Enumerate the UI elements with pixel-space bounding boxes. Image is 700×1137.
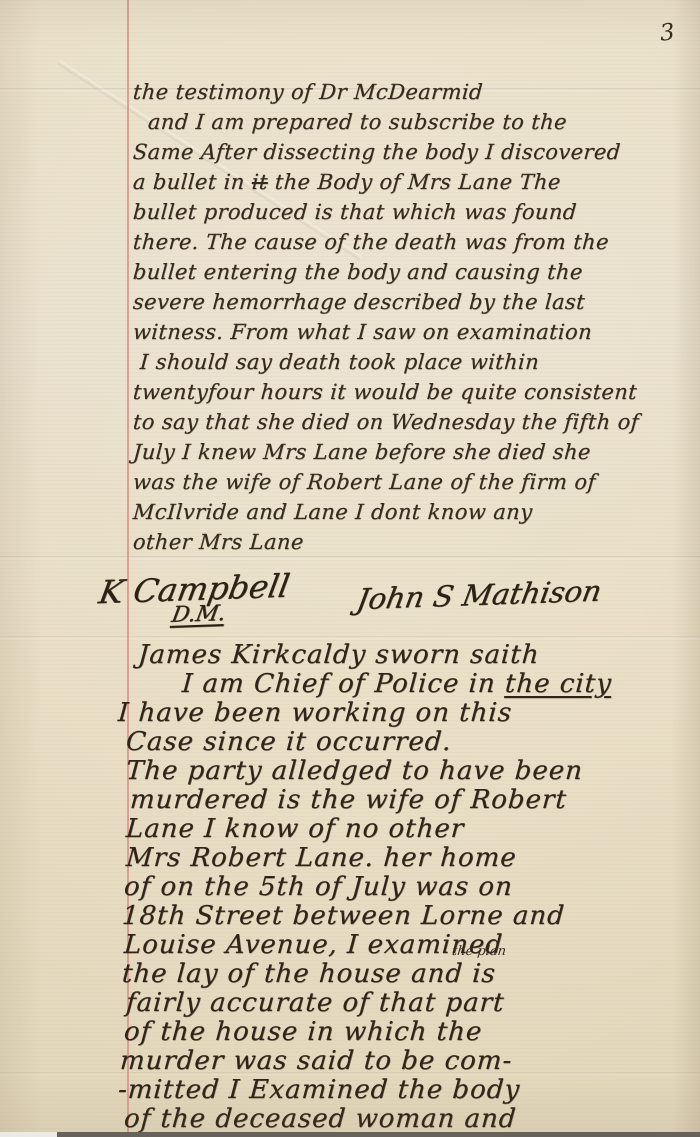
- manuscript-line: 18th Street between Lorne and: [121, 901, 566, 931]
- signature-campbell-title: D.M.: [170, 601, 228, 628]
- scan-edge-dark: [57, 1132, 700, 1137]
- manuscript-page: 3 the testimony of Dr McDearmid and I am…: [0, 0, 700, 1137]
- manuscript-line: the lay of the house and is: [121, 959, 497, 989]
- manuscript-line: fairly accurate of that part: [125, 988, 506, 1018]
- manuscript-line: Louise Avenue, I examined: [123, 930, 504, 960]
- manuscript-line: other Mrs Lane: [132, 530, 304, 554]
- manuscript-line: severe hemorrhage described by the last: [132, 290, 586, 314]
- line-segment: a bullet in: [132, 170, 253, 194]
- manuscript-line: witness. From what I saw on examination: [132, 320, 593, 344]
- manuscript-line: bullet produced is that which was found: [132, 200, 577, 224]
- manuscript-line: McIlvride and Lane I dont know any: [132, 500, 533, 524]
- manuscript-line: -mitted I Examined the body: [117, 1075, 521, 1105]
- line-segment: I am Chief of Police in: [181, 669, 506, 699]
- manuscript-line: and I am prepared to subscribe to the: [147, 110, 568, 134]
- manuscript-line: a bullet in it the Body of Mrs Lane The: [132, 170, 561, 194]
- manuscript-line: Case since it occurred.: [125, 727, 453, 757]
- manuscript-line: twentyfour hours it would be quite consi…: [132, 380, 638, 404]
- fold-crease: [0, 556, 700, 560]
- manuscript-line: The party alledged to have been: [125, 756, 584, 786]
- manuscript-line: I have been working on this: [117, 698, 513, 728]
- inserted-text: the plan: [451, 944, 507, 959]
- manuscript-line: I should say death took place within: [139, 350, 540, 374]
- signature-mathison: John S Mathison: [354, 574, 604, 616]
- manuscript-line: Lane I know of no other: [125, 814, 465, 844]
- manuscript-line: bullet entering the body and causing the: [132, 260, 583, 284]
- page-number: 3: [659, 19, 676, 46]
- manuscript-line: of the deceased woman and: [123, 1104, 518, 1134]
- manuscript-line: murdered is the wife of Robert: [129, 785, 568, 815]
- manuscript-line: I am Chief of Police in the city: [181, 669, 613, 699]
- scan-edge-light: [0, 1132, 57, 1137]
- manuscript-line: was the wife of Robert Lane of the firm …: [132, 470, 596, 494]
- manuscript-line: the testimony of Dr McDearmid: [132, 80, 484, 104]
- manuscript-line: there. The cause of the death was from t…: [132, 230, 610, 254]
- manuscript-line: murder was said to be com-: [119, 1046, 513, 1076]
- struck-word: it: [251, 170, 269, 194]
- line-segment: the Body of Mrs Lane The: [267, 170, 562, 194]
- manuscript-line: of on the 5th of July was on: [123, 872, 514, 902]
- manuscript-line: James Kirkcaldy sworn saith: [137, 640, 541, 670]
- manuscript-line: July I knew Mrs Lane before she died she: [132, 440, 592, 464]
- underlined-phrase: the city: [504, 669, 613, 699]
- manuscript-line: Mrs Robert Lane. her home: [125, 843, 518, 873]
- manuscript-line: of the house in which the: [123, 1017, 483, 1047]
- manuscript-line: Same After dissecting the body I discove…: [132, 140, 621, 164]
- manuscript-line: to say that she died on Wednesday the fi…: [132, 410, 640, 434]
